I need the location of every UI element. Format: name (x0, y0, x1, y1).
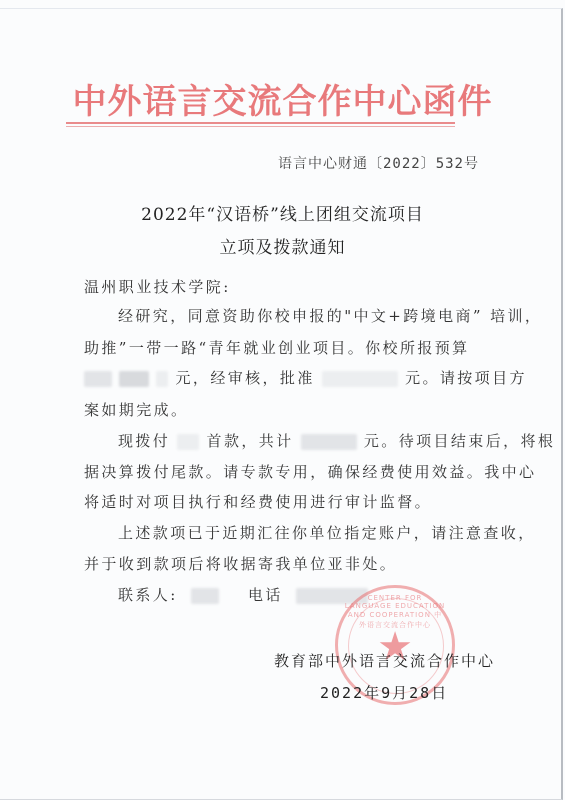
paragraph-3-line-1: 上述款项已于近期汇往你单位指定账户，请注意查收， (118, 522, 536, 543)
paragraph-2-text-a: 现拨付 (118, 432, 170, 450)
redacted-budget-part-3 (156, 371, 168, 387)
paragraph-2-text-b: 首款，共计 (207, 432, 294, 450)
signature-date: 2022年9月28日 (320, 682, 448, 703)
paragraph-1-line-4: 案如期完成。 (84, 399, 188, 420)
paragraph-1-line-1: 经研究，同意资助你校申报的"中文+跨境电商” 培训， (118, 305, 542, 326)
redacted-approved-amount (322, 371, 398, 387)
paragraph-1-line-3-text-b: 元。请按项目方 (405, 369, 527, 387)
paragraph-2-line-3: 将适时对项目执行和经费使用进行审计监督。 (84, 491, 432, 512)
letterhead-rule-thick (66, 122, 455, 124)
letterhead-rule-thin (66, 126, 455, 127)
paragraph-2-line-2: 据决算拨付尾款。请专款专用，确保经费使用效益。我中心 (84, 461, 536, 482)
paragraph-2-line-1: 现拨付 首款，共计 元。待项目结束后，将根 (118, 430, 555, 451)
document-title-line1: 2022年“汉语桥”线上团组交流项目 (0, 200, 565, 225)
redacted-budget-part-1 (84, 371, 112, 387)
letterhead-title: 中外语言交流合作中心函件 (0, 74, 565, 123)
redacted-budget-part-2 (119, 371, 149, 387)
document-title-line2: 立项及拨款通知 (0, 233, 565, 258)
redacted-percentage (177, 434, 199, 450)
contact-person-label: 联系人: (118, 586, 178, 604)
document-number: 语言中心财通〔2022〕532号 (278, 153, 479, 173)
paragraph-2-text-c: 元。待项目结束后，将根 (364, 432, 555, 450)
redacted-first-payment (301, 434, 357, 450)
redacted-contact-person (191, 588, 219, 604)
paragraph-1-line-2: 助推”一带一路“青年就业创业项目。你校所报预算 (84, 337, 470, 358)
paragraph-3-line-2: 并于收到款项后将收据寄我单位亚非处。 (84, 553, 397, 574)
signature-organization: 教育部中外语言交流合作中心 (274, 650, 495, 671)
contact-line: 联系人: 电话 (118, 584, 368, 605)
recipient: 温州职业技术学院: (84, 276, 231, 297)
paragraph-1-line-3-text-a: 元，经审核，批准 (176, 369, 315, 387)
paragraph-1-line-3: 元，经审核，批准 元。请按项目方 (84, 367, 527, 388)
contact-phone-label: 电话 (248, 586, 283, 604)
